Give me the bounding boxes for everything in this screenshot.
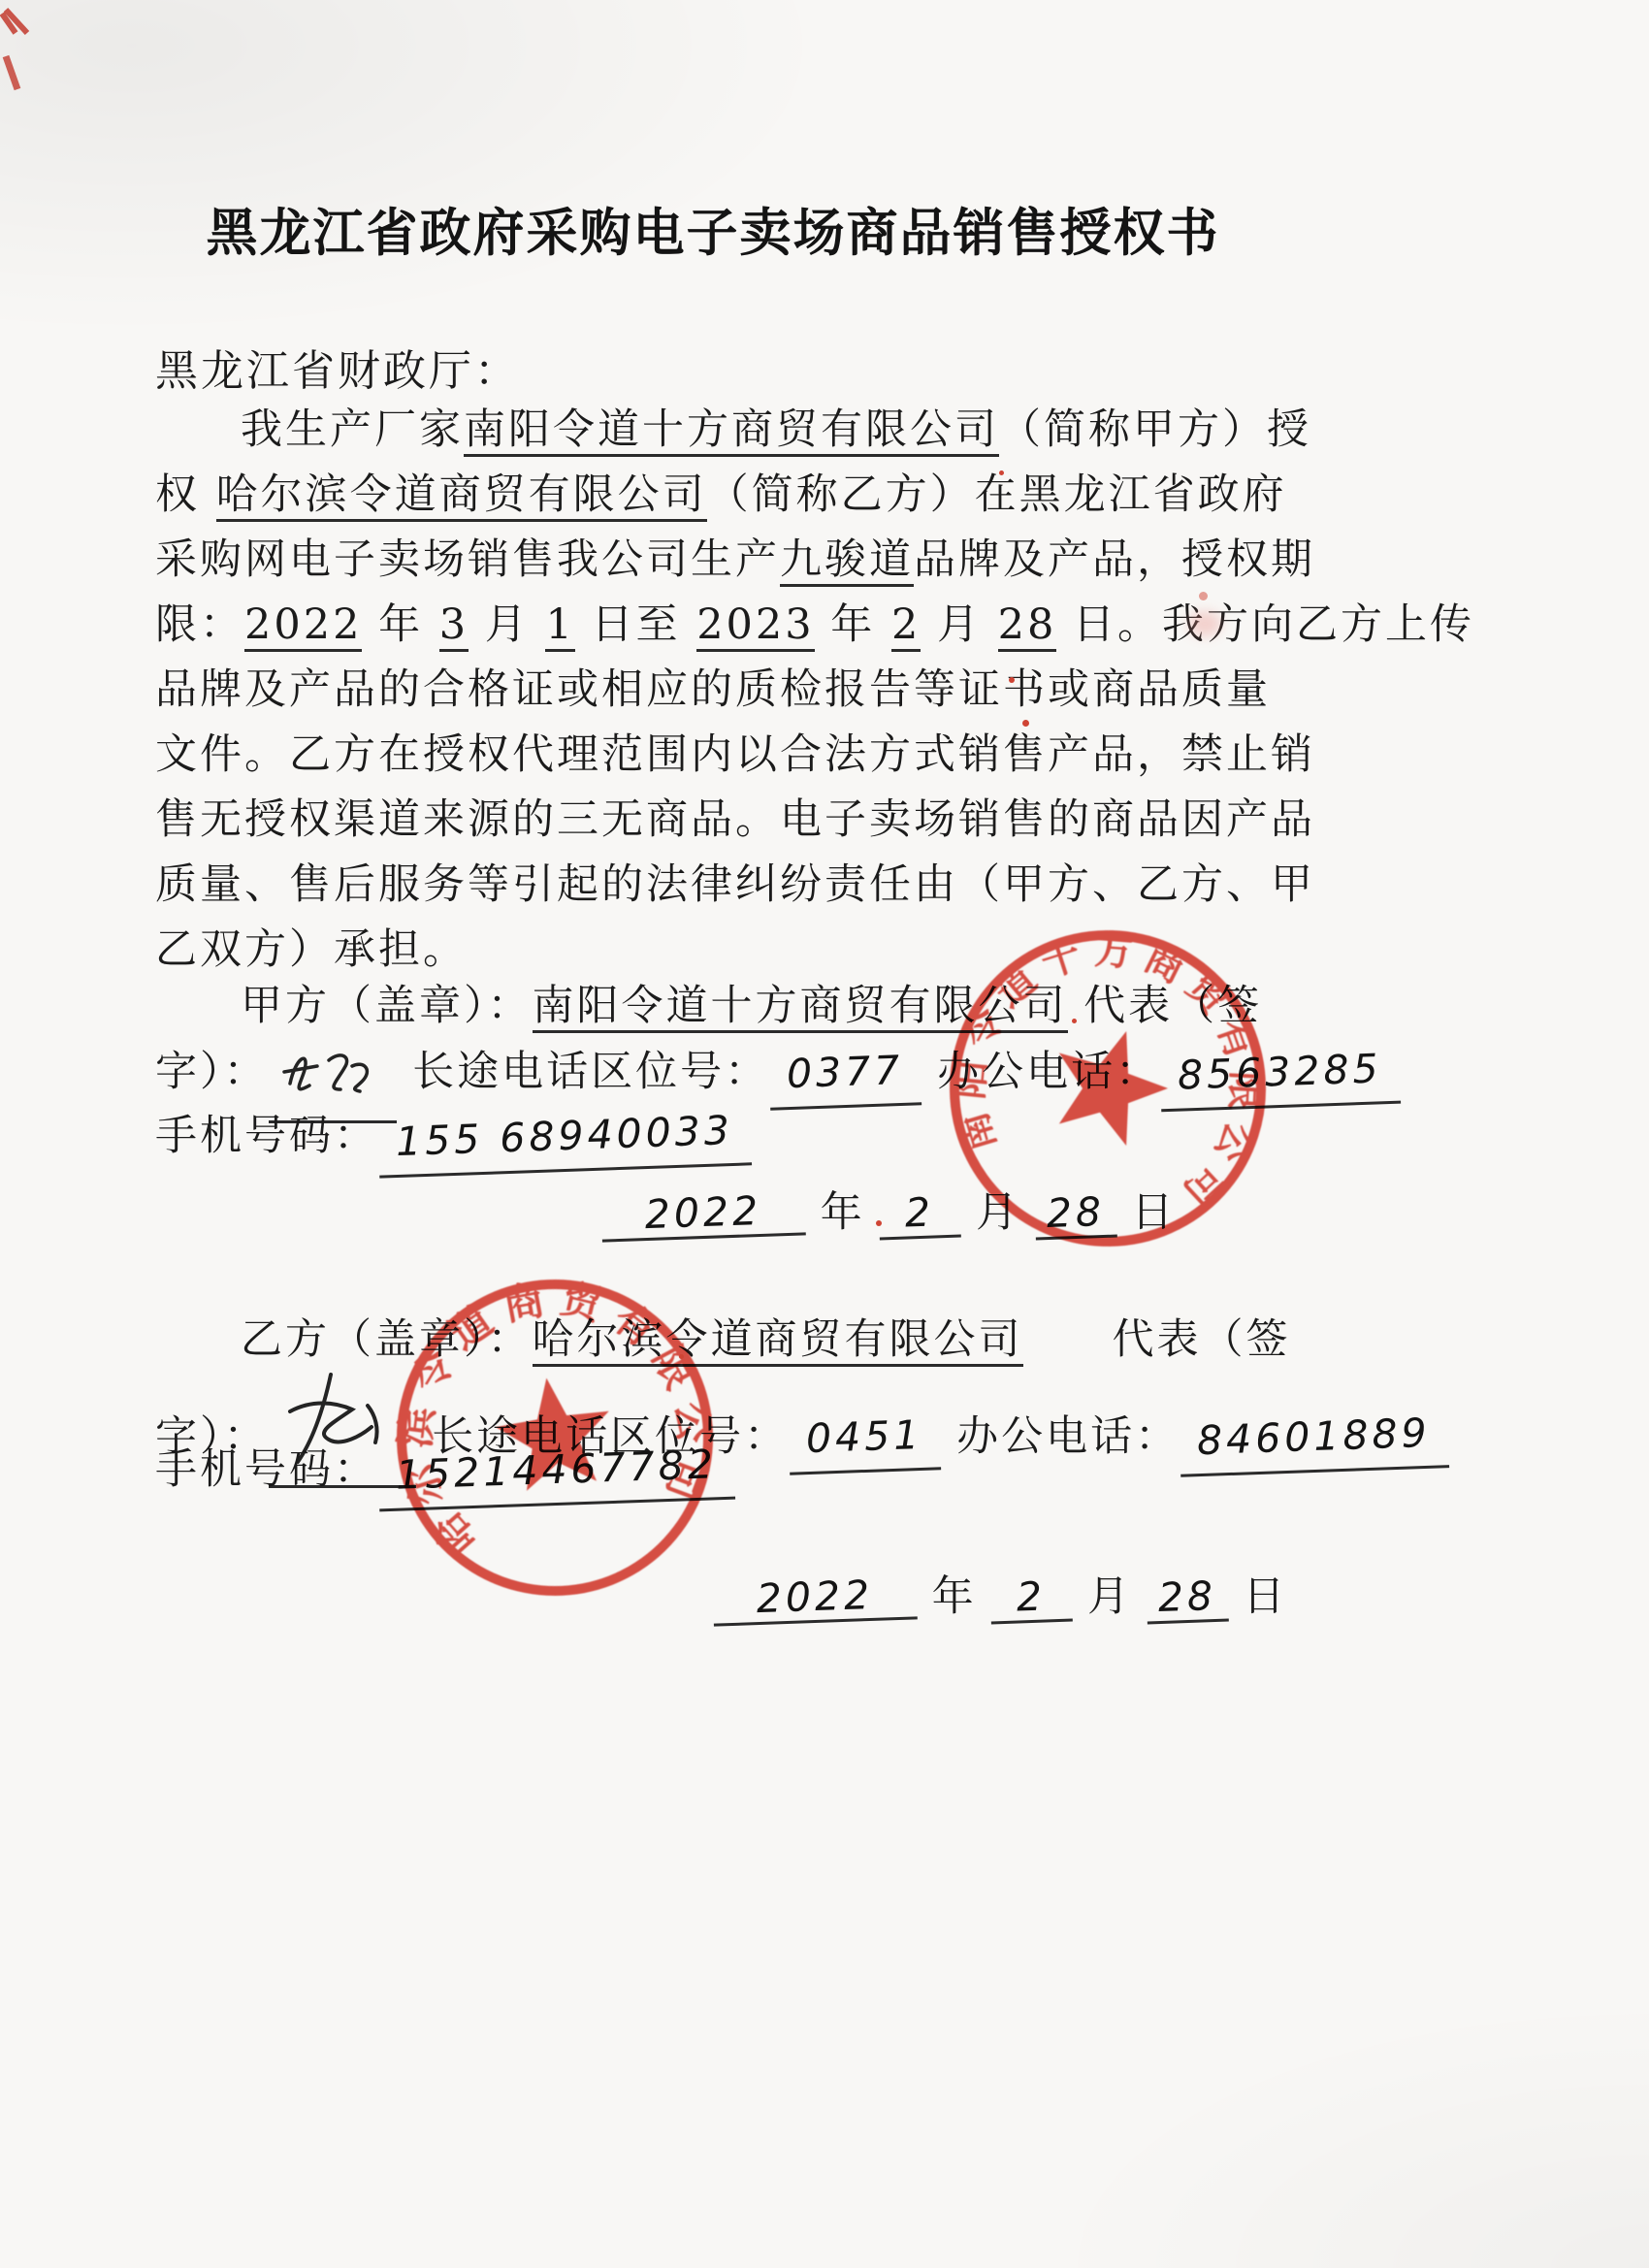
printed-text: 字）： [155, 1048, 269, 1096]
printed-text: 日 [1228, 1572, 1287, 1621]
handwritten-value: 28 [1146, 1572, 1229, 1625]
text-line: 乙方（盖章）：哈尔滨令道商贸有限公司 代表（签 [155, 1308, 1300, 1373]
printed-text: 日。我方向乙方上传 [1056, 600, 1474, 649]
printed-text: 办公电话： [941, 1412, 1180, 1461]
text-line: 限：2022 年 3 月 1 日至 2023 年 2 月 28 日。我方向乙方上… [155, 593, 1300, 658]
printed-text: 1 [545, 600, 574, 652]
printed-text: 乙双方）承担。 [155, 925, 468, 974]
printed-text: 品牌及产品，授权期 [914, 535, 1315, 584]
printed-text: 3 [439, 600, 469, 652]
corner-red-marks [0, 0, 58, 107]
text-line: 质量、售后服务等引起的法律纠纷责任由（甲方、乙方、甲 [155, 853, 1300, 918]
salutation: 黑龙江省财政厅： [155, 336, 520, 398]
handwritten-value: 0377 [768, 1037, 922, 1110]
handwritten-value: 155 68940033 [377, 1097, 752, 1178]
text-line: 文件。乙方在授权代理范围内以合法方式销售产品，禁止销 [155, 723, 1300, 788]
printed-text: 采购网电子卖场销售我公司生产 [155, 535, 780, 584]
printed-text: 28 [998, 600, 1057, 652]
printed-text: 代表（签 [1023, 1315, 1291, 1364]
printed-text: 手机号码： [155, 1112, 378, 1160]
printed-text: 长途电话区位号： [397, 1048, 770, 1096]
body-paragraph: 我生产厂家南阳令道十方商贸有限公司（简称甲方）授权 哈尔滨令道商贸有限公司（简称… [155, 398, 1300, 983]
stamp-star-icon [490, 1370, 618, 1494]
handwritten-value: 2 [989, 1572, 1073, 1625]
printed-text: 限： [155, 600, 244, 649]
handwritten-value: 0451 [788, 1402, 942, 1474]
printed-text: 月 [1072, 1572, 1146, 1621]
printed-text: （简称乙方）在黑龙江省政府 [707, 470, 1287, 519]
printed-text: 权 [155, 470, 216, 519]
printed-text: 售无授权渠道来源的三无商品。电子卖场销售的商品因产品 [155, 795, 1315, 844]
printed-text: （简称甲方）授 [999, 405, 1311, 454]
printed-text: 甲方（盖章）： [155, 982, 533, 1030]
document-title: 黑龙江省政府采购电子卖场商品销售授权书 [155, 192, 1271, 266]
printed-text: 手机号码： [155, 1445, 378, 1494]
text-line: 采购网电子卖场销售我公司生产九骏道品牌及产品，授权期 [155, 528, 1300, 593]
printed-text: 文件。乙方在授权代理范围内以合法方式销售产品，禁止销 [155, 730, 1315, 779]
text-line: 我生产厂家南阳令道十方商贸有限公司（简称甲方）授 [155, 398, 1300, 463]
printed-text: 年 [815, 600, 891, 649]
text-line: 字）： 长途电话区位号：0451 办公电话：84601889 [155, 1373, 1300, 1438]
printed-text: 九骏道 [780, 535, 914, 587]
printed-text: 月 [921, 600, 997, 649]
party-b-section: 乙方（盖章）：哈尔滨令道商贸有限公司 代表（签字）： 长途电话区位号：0451 … [155, 1308, 1300, 1503]
printed-text: 南阳令道十方商贸有限公司 [464, 405, 999, 457]
printed-text: 2022 [244, 600, 362, 652]
printed-text: 年 [362, 600, 438, 649]
text-line: 品牌及产品的合格证或相应的质检报告等证书或商品质量 [155, 658, 1300, 723]
printed-text: 哈尔滨令道商贸有限公司 [216, 470, 707, 522]
handwritten-value: 84601889 [1179, 1400, 1449, 1477]
text-line: 售无授权渠道来源的三无商品。电子卖场销售的商品因产品 [155, 788, 1300, 853]
printed-text: 日至 [575, 600, 696, 649]
party-b-company-stamp: 哈尔滨令道商贸有限公司 [369, 1251, 741, 1624]
handwritten-value: 2022 [712, 1570, 918, 1626]
printed-text: 年 [917, 1572, 990, 1621]
printed-text: 2023 [696, 600, 814, 652]
printed-text: 质量、售后服务等引起的法律纠纷责任由（甲方、乙方、甲 [155, 860, 1315, 909]
printed-text: 品牌及产品的合格证或相应的质检报告等证书或商品质量 [155, 665, 1271, 714]
printed-text: 年 [805, 1188, 879, 1237]
stamp-star-icon [1038, 1014, 1180, 1152]
handwritten-value: 2022 [600, 1185, 806, 1242]
printed-text: 月 [469, 600, 545, 649]
scanned-authorization-document: { "colors": { "stamp_red": "#d6372b", "i… [0, 0, 1649, 2268]
printed-text: 我生产厂家 [155, 405, 464, 454]
text-line: 权 哈尔滨令道商贸有限公司（简称乙方）在黑龙江省政府 [155, 463, 1300, 528]
printed-text: 2 [891, 600, 921, 652]
party-b-date-line: 2022 年 2 月 28 日 [713, 1564, 1286, 1623]
